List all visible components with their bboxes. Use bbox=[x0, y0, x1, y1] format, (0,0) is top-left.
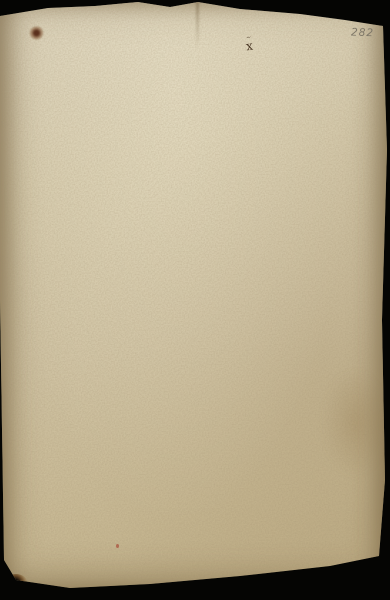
parchment-page: 282 х bbox=[0, 0, 390, 600]
lectionary-text-block bbox=[0, 0, 390, 600]
manuscript-photo: 282 х bbox=[0, 0, 390, 600]
